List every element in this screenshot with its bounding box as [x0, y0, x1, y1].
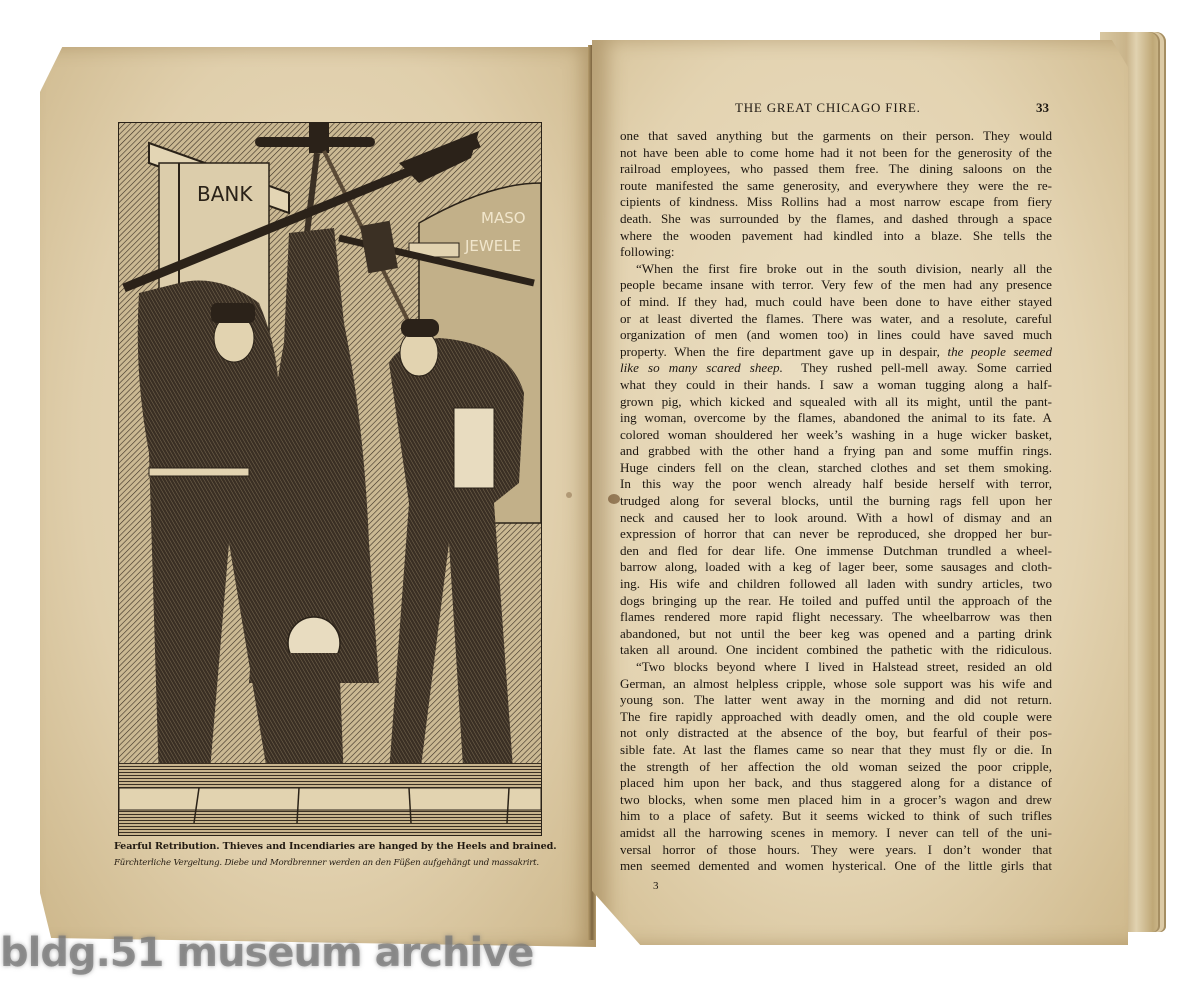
watermark: bldg.51 museum archive [0, 930, 533, 976]
text-line: versal horror of those hours. They were … [620, 842, 1052, 859]
text-line: young son. The latter went away in the m… [620, 692, 1052, 709]
text-line: flames rendered more rapid flight necess… [620, 609, 1052, 626]
body-text: one that saved anything but the garments… [620, 128, 1052, 875]
text-line: sible fate. At last the flames came so n… [620, 742, 1052, 759]
caption-german: Fürchterliche Vergeltung. Diebe und Mord… [114, 858, 546, 868]
text-segment: They rushed pell-mell away. Some carried [801, 360, 1052, 375]
svg-text:BANK: BANK [197, 182, 253, 206]
text-line: of mind. If they had, much could have be… [620, 294, 1052, 311]
text-line: one that saved anything but the garments… [620, 128, 1052, 145]
text-line: cipients of kindness. Miss Rollins had a… [620, 194, 1052, 211]
open-book: BANK MASO JEWELE [0, 0, 1200, 985]
text-line: and grabbed with the other hand a frying… [620, 443, 1052, 460]
text-line: not have been able to come home had it n… [620, 145, 1052, 162]
text-line: The fire rapidly approached with deadly … [620, 709, 1052, 726]
italic-phrase: the people seemed [947, 344, 1052, 359]
svg-text:JEWELE: JEWELE [464, 237, 521, 255]
illustration-plate: BANK MASO JEWELE [118, 122, 542, 836]
text-line: Huge cinders fell on the clean, starched… [620, 460, 1052, 477]
text-line: “When the first fire broke out in the so… [620, 261, 1052, 278]
text-line: abandoned, but not until the beer keg wa… [620, 626, 1052, 643]
text-line: the strength of her affection the old wo… [620, 759, 1052, 776]
page-number: 33 [1036, 100, 1049, 116]
text-line: In this way the poor wench already half … [620, 476, 1052, 493]
text-segment: property. When the fire department gave … [620, 344, 947, 359]
text-line: ing. His wife and children followed all … [620, 576, 1052, 593]
text-line: ing woman, overcome by the flames, aband… [620, 410, 1052, 427]
text-line: men seemed demented and women hysterical… [620, 858, 1052, 875]
text-line: him to a place of safety. But it seems w… [620, 808, 1052, 825]
text-line: organization of men (and women too) in l… [620, 327, 1052, 344]
text-line: not only distracted at the absence of th… [620, 725, 1052, 742]
ink-stain [566, 492, 572, 498]
text-line: where the wooden pavement had kindled in… [620, 228, 1052, 245]
text-line-with-italic: like so many scared sheep. They rushed p… [620, 360, 1052, 377]
text-line: what they could in their hands. I saw a … [620, 377, 1052, 394]
running-head: THE GREAT CHICAGO FIRE. [735, 100, 921, 116]
text-line: following: [620, 244, 1052, 261]
text-line: taken all around. One incident combined … [620, 642, 1052, 659]
text-line: people became insane with terror. Very f… [620, 277, 1052, 294]
italic-phrase: like so many scared sheep. [620, 360, 783, 375]
text-line: den and fled for dear life. One immense … [620, 543, 1052, 560]
text-line: placed him upon her back, and thus stagg… [620, 775, 1052, 792]
ink-stain [608, 494, 620, 504]
text-line: barrow along, loaded with a keg of lager… [620, 559, 1052, 576]
text-line: route manifested the same generosity, an… [620, 178, 1052, 195]
text-line: two blocks, when some men placed him in … [620, 792, 1052, 809]
engraving-illustration: BANK MASO JEWELE [119, 123, 541, 835]
caption-english: Fearful Retribution. Thieves and Incendi… [114, 841, 546, 852]
text-line: or at least diverted the flames. There w… [620, 311, 1052, 328]
text-line: grown pig, which kicked and squealed wit… [620, 394, 1052, 411]
svg-text:MASO: MASO [481, 209, 526, 227]
text-line: expression of horror that can never be r… [620, 526, 1052, 543]
text-line: colored woman shouldered her week’s wash… [620, 427, 1052, 444]
text-line: railroad employees, who passed them free… [620, 161, 1052, 178]
text-line: German, an almost helpless cripple, whos… [620, 676, 1052, 693]
text-line: trudged along for several blocks, until … [620, 493, 1052, 510]
text-line-with-italic: property. When the fire department gave … [620, 344, 1052, 361]
text-line: neck and caused her to look around. With… [620, 510, 1052, 527]
text-line: “Two blocks beyond where I lived in Hals… [620, 659, 1052, 676]
text-line: death. She was surrounded by the flames,… [620, 211, 1052, 228]
text-line: amidst all the harrowing scenes in memor… [620, 825, 1052, 842]
signature-mark: 3 [653, 880, 659, 892]
text-line: dogs bringing up the rear. He toiled and… [620, 593, 1052, 610]
